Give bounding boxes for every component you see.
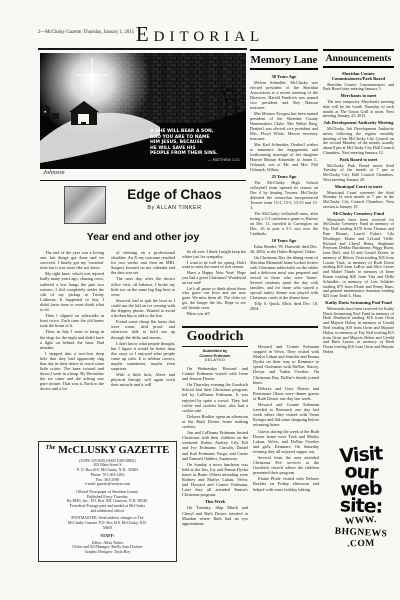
goodrich-paragraph: Guests during the week at the Ruth Dexte… (253, 429, 319, 454)
column-byline: By ALLAN TINKER (104, 205, 245, 211)
goodrich-paragraph: On Tuesday, Skip Mindt and Cheryl and Ru… (182, 505, 248, 525)
announcement-text: Memorials have been received for Kathy D… (323, 307, 394, 355)
announcement-text: The new temporary Merchant's meeting dat… (323, 100, 394, 119)
article-paragraph: Then, in July I went to bring in the dog… (40, 329, 104, 349)
memory-lane-column: Memory Lane 50 Years Ago Melvin Schindle… (250, 49, 318, 325)
ad-url-line: .COM (326, 538, 396, 551)
article-paragraph: I stepped into a two-foot deep hole that… (40, 351, 104, 392)
article-paragraph: Then I slipped on sidewalks at least twi… (40, 313, 104, 328)
goodrich-paragraph: On Wednesday Howard and Connie Erdmann v… (182, 366, 248, 381)
announcements-title: Announcements (323, 49, 394, 68)
masthead-postmaster: POSTMASTER: Send address changes to The … (41, 516, 174, 530)
goodrich-paragraph: Elaine Plode visited with Delores Borkle… (253, 476, 319, 491)
memory-lane-paragraph: Melvin Schindler, McClusky was elected p… (250, 80, 318, 110)
goodrich-column-2: Howard and Connie Erdmann stopped in Vel… (253, 344, 319, 558)
article-paragraph: The next day, after the doctor office vi… (111, 276, 175, 296)
announcements-body: Sheridan County Commissioners/Park Board… (323, 68, 394, 355)
announcements-column: Announcements Sheridan County Commission… (323, 49, 394, 445)
article-column-1: The end of the year was a loving one, bu… (40, 250, 104, 433)
announcement-heading: McClusky Cemetery Fund (323, 212, 394, 217)
article-paragraph: Found some cheap flat boots that were wa… (111, 319, 175, 339)
memory-lane-paragraph: Mrs Karl Schneider, Denhoff wishes to an… (250, 142, 318, 172)
goodrich-title-rule (182, 346, 248, 347)
goodrich-title: Goodrich (176, 329, 254, 345)
memory-lane-title: Memory Lane (250, 49, 318, 70)
masthead-logo: The McCLUSKY GAZETTE (41, 445, 174, 456)
header-rule (38, 48, 247, 50)
article-paragraph: I want to be well for spring. Don't want… (182, 261, 246, 271)
article-paragraph: The end of the year was a loving one, bu… (40, 250, 104, 270)
memory-lane-paragraph: Edna Bender, 99, Dunseith died Dec. 26, … (250, 244, 318, 254)
masthead-contact: (USPS 335-020) (ISSN 1085-886X) 202 Main… (41, 459, 174, 488)
article-paragraph: Have a Happy New Year! Hope you had a gr… (182, 271, 246, 285)
announcement-text: Municipal Court convenes the third Monda… (323, 191, 394, 210)
memory-lane-paragraph: The McClusky volleyball team, after losi… (250, 211, 318, 236)
announcement-text: Sheridan County Commissioners and Park B… (323, 83, 394, 93)
memory-lane-heading: 10 Years Ago (250, 238, 318, 243)
article-column-3: be all over. I think I might keep the wh… (182, 250, 246, 326)
cartoon-caption: ✱ SHE WILL BEAR A SON, AND YOU ARE TO NA… (150, 129, 244, 157)
memory-lane-paragraph: Tilly S. Quick, Mich. died Dec. 18, 2004… (250, 301, 318, 311)
article-paragraph: Let's all pause to think about those who… (182, 287, 246, 311)
goodrich-column-1: On Wednesday Howard and Connie Erdmann v… (182, 366, 248, 560)
masthead-logo-name: McCLUSKY GAZETTE (58, 445, 169, 456)
goodrich-paragraph: Jim and LaDonna Erdmann hosted Christmas… (182, 430, 248, 461)
goodrich-paragraph: Several from the area attended Christmas… (253, 455, 319, 475)
announcement-heading: Sheridan County Commissioners/Park Board (323, 72, 394, 82)
memory-lane-heading: 25 Years Ago (250, 174, 318, 179)
article-paragraph: I don't know what people thought, but I … (111, 341, 175, 372)
article-paragraph: Snowed, had to quit the boot so I could … (111, 298, 175, 318)
article-title: Year end and other joy (40, 231, 246, 243)
column-header: Edge of Chaos By ALLAN TINKER (104, 187, 245, 211)
article-paragraph: Bless you all! (182, 312, 246, 317)
article-paragraph: be all over. I think I might keep the wh… (182, 250, 246, 260)
goodrich-subheading: This Week (182, 499, 248, 504)
goodrich-paragraph: Howard and Connie Erdmann stopped in Vel… (253, 344, 319, 385)
memory-lane-heading: 50 Years Ago (250, 74, 318, 79)
article-column-2: of whining on a professional shoulder. A… (111, 250, 175, 433)
website-ad: Visit our web site: WWW. BHGNEWS .COM (326, 447, 396, 565)
goodrich-paragraph: On Sunday a noon luncheon was held at th… (182, 462, 248, 498)
masthead-staff-heading: STAFF: (41, 533, 174, 538)
column-title: Edge of Chaos (104, 187, 245, 202)
article-paragraph: of whining on a professional shoulder. A… (111, 250, 175, 275)
memory-lane-paragraph: Mrs Monroe Evegust has been named presid… (250, 111, 318, 141)
newspaper-page: 2—McClusky Gazette, Thursday, January 1,… (0, 0, 400, 600)
article-paragraph: With a little luck, Aleve and physical t… (111, 372, 175, 387)
goodrich-status: DELAYED (182, 358, 248, 363)
memory-lane-paragraph: The McClusky High School volleyball team… (250, 180, 318, 210)
masthead-logo-prefix: The (46, 445, 56, 451)
article-paragraph: My right knee, which was injured badly m… (40, 271, 104, 312)
goodrich-paragraph: On Thursday evening the Goodrich School … (182, 382, 248, 413)
announcement-text: McClusky Job Development Authority meets… (323, 127, 394, 156)
goodrich-paragraph: Delores and Gary Dexter and Rosemarie Ol… (253, 386, 319, 401)
divider-rule (40, 180, 246, 181)
goodrich-top-rule (182, 326, 318, 328)
goodrich-paragraph: Howard and Connie Erdmann traveled to Bi… (253, 402, 319, 427)
masthead-publisher: Official Newspaper of Sheridan County. P… (41, 490, 174, 514)
goodrich-paragraph: Delores Borkler spent an afternoon at th… (182, 414, 248, 429)
memory-lane-paragraph: On Christmas Day the dining room of Sher… (250, 255, 318, 300)
announcement-heading: Municipal Court to meet (323, 185, 394, 190)
masthead-staff-list: Editor: Allan Tinker Office and Ad Manag… (41, 541, 174, 555)
columnist-photo (64, 186, 106, 224)
memory-lane-body: 50 Years Ago Melvin Schindler, McClusky … (250, 70, 318, 311)
goodrich-credit: Submitted by Connie Erdmann DELAYED (182, 349, 248, 363)
announcement-heading: Park Board to meet (323, 158, 394, 163)
cartoon-scripture-cite: — MATTHEW 1:21 (150, 158, 240, 162)
announcement-text: McClusky Park Board meets third Tuesday … (323, 164, 394, 183)
cartoonist-signature: Johnson (43, 169, 65, 176)
announcement-text: Memorials have been received for McClusk… (323, 218, 394, 300)
section-title: Editorial (0, 22, 400, 47)
masthead-box: The McCLUSKY GAZETTE (USPS 335-020) (ISS… (38, 441, 177, 562)
